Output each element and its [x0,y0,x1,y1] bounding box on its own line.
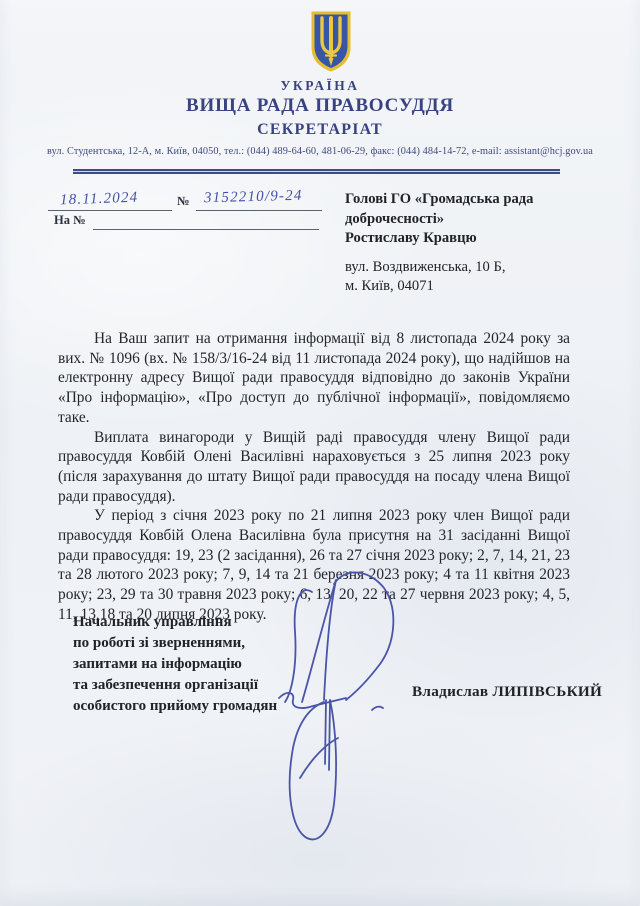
ukraine-trident-icon [309,10,353,73]
recipient-name: Ростиславу Кравцю [345,229,595,249]
body-paragraph-1: На Ваш запит на отримання інформації від… [58,329,570,428]
letterhead-contact-line: вул. Студентська, 12-А, м. Київ, 04050, … [0,146,640,157]
number-underline [196,209,322,211]
body-paragraph-2: Виплата винагороди у Вищій раді правосуд… [58,428,570,507]
date-underline [48,209,172,211]
recipient-title-line: Голові ГО «Громадська рада [345,190,595,210]
scanned-letter-page: УКРАЇНА ВИЩА РАДА ПРАВОСУДДЯ СЕКРЕТАРІАТ… [0,0,640,906]
signer-title-line: запитами на інформацію [73,654,277,675]
recipient-address-line: м. Київ, 04071 [345,277,595,297]
signer-title-line: Начальник управління [73,612,277,633]
handwritten-signature-icon [270,564,404,860]
letterhead-country: УКРАЇНА [0,78,640,94]
reply-underline [93,228,319,230]
recipient-title-line: доброчесності» [345,210,595,230]
letterhead-divider-rule [73,169,560,174]
number-label: № [177,194,190,209]
reply-to-label: На № [54,213,86,228]
letterhead-organization: ВИЩА РАДА ПРАВОСУДДЯ [0,95,640,117]
letterhead-department: СЕКРЕТАРІАТ [0,121,640,139]
recipient-address-line: вул. Воздвиженська, 10 Б, [345,258,595,278]
outgoing-date-handwritten: 18.11.2024 [60,190,139,210]
recipient-block: Голові ГО «Громадська рада доброчесності… [345,190,595,297]
signer-title-line: по роботі зі зверненнями, [73,633,277,654]
signer-title-line: особистого прийому громадян [73,696,277,717]
signer-title-block: Начальник управління по роботі зі зверне… [73,612,277,717]
signer-title-line: та забезпечення організації [73,675,277,696]
outgoing-number-handwritten: 3152210/9-24 [204,188,303,208]
signer-name: Владислав ЛИПІВСЬКИЙ [412,683,602,701]
